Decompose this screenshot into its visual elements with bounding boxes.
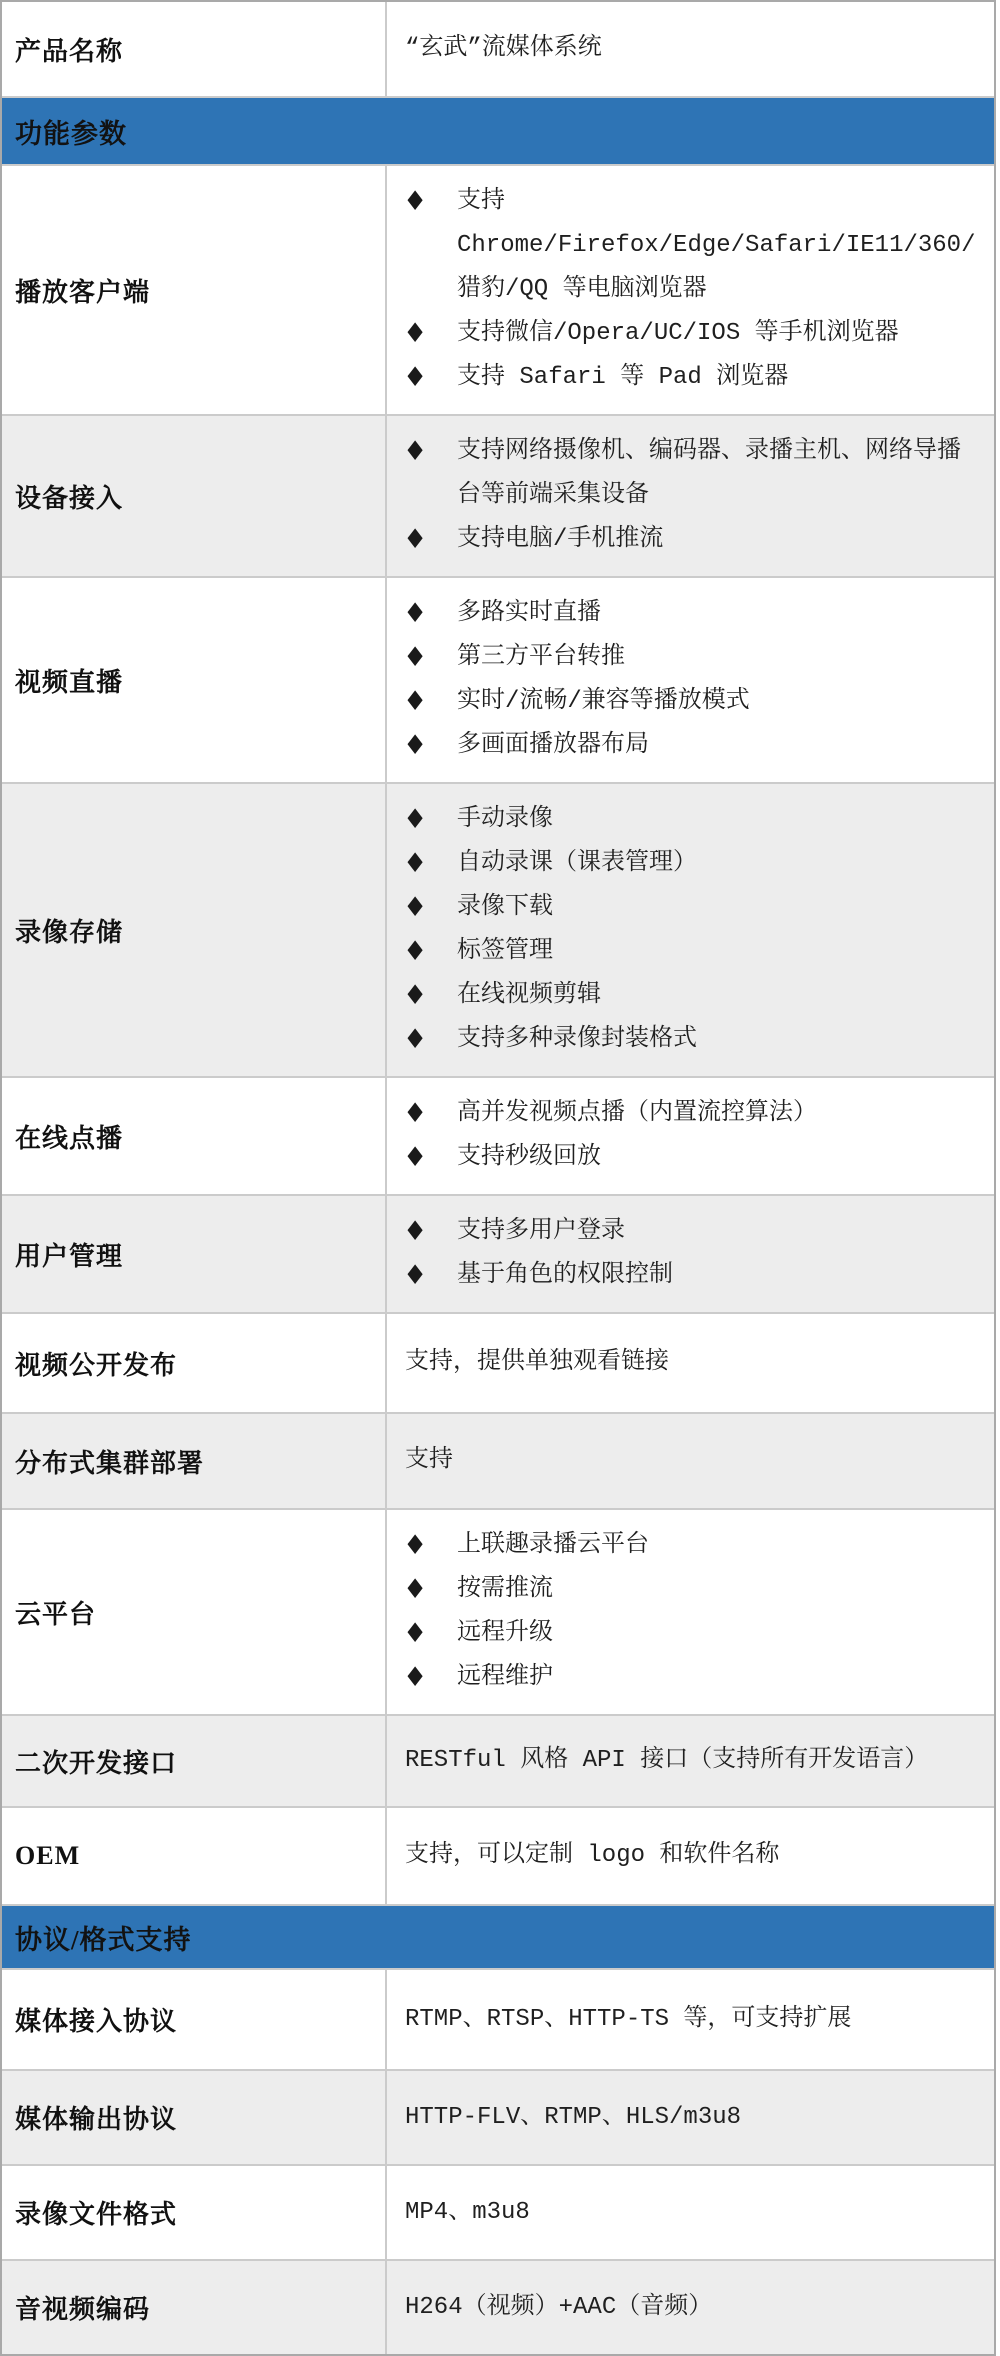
list-item: ♦支持秒级回放: [387, 1136, 817, 1180]
feature-list: ♦手动录像 ♦自动录课（课表管理） ♦录像下载 ♦标签管理 ♦在线视频剪辑 ♦支…: [387, 798, 697, 1062]
list-item: ♦支持多种录像封装格式: [387, 1018, 697, 1062]
list-item-text: 支持 Chrome/Firefox/Edge/Safari/IE11/360/猎…: [457, 188, 975, 303]
spec-value-list: ♦手动录像 ♦自动录课（课表管理） ♦录像下载 ♦标签管理 ♦在线视频剪辑 ♦支…: [385, 784, 994, 1076]
list-item-text: 第三方平台转推: [457, 644, 625, 671]
spec-value: HTTP-FLV、RTMP、HLS/m3u8: [385, 2071, 994, 2164]
list-item-text: 远程维护: [457, 1664, 553, 1691]
list-item-text: 手动录像: [457, 806, 553, 833]
list-item: ♦上联趣录播云平台: [387, 1524, 649, 1568]
list-item: ♦高并发视频点播（内置流控算法）: [387, 1092, 817, 1136]
feature-list: ♦支持多用户登录 ♦基于角色的权限控制: [387, 1210, 673, 1298]
spec-label: 分布式集群部署: [2, 1414, 385, 1508]
feature-list: ♦支持 Chrome/Firefox/Edge/Safari/IE11/360/…: [387, 180, 980, 400]
diamond-bullet-icon: ♦: [403, 430, 427, 474]
row-media-output-protocol: 媒体输出协议 HTTP-FLV、RTMP、HLS/m3u8: [2, 2069, 994, 2164]
diamond-bullet-icon: ♦: [403, 1656, 427, 1700]
list-item-text: 支持网络摄像机、编码器、录播主机、网络导播台等前端采集设备: [457, 438, 961, 509]
list-item: ♦自动录课（课表管理）: [387, 842, 697, 886]
spec-value-list: ♦支持 Chrome/Firefox/Edge/Safari/IE11/360/…: [385, 166, 994, 414]
spec-value: RTMP、RTSP、HTTP-TS 等，可支持扩展: [385, 1970, 994, 2069]
spec-value-list: ♦高并发视频点播（内置流控算法） ♦支持秒级回放: [385, 1078, 994, 1194]
list-item: ♦支持电脑/手机推流: [387, 518, 980, 562]
spec-label: 二次开发接口: [2, 1716, 385, 1806]
row-av-codec: 音视频编码 H264（视频）+AAC（音频）: [2, 2259, 994, 2354]
row-oem: OEM 支持，可以定制 logo 和软件名称: [2, 1806, 994, 1904]
row-feature-params-header: 功能参数: [2, 96, 994, 164]
list-item: ♦远程升级: [387, 1612, 649, 1656]
list-item: ♦标签管理: [387, 930, 697, 974]
list-item-text: 上联趣录播云平台: [457, 1532, 649, 1559]
list-item-text: 基于角色的权限控制: [457, 1262, 673, 1289]
spec-label: 视频直播: [2, 578, 385, 782]
row-device-access: 设备接入 ♦支持网络摄像机、编码器、录播主机、网络导播台等前端采集设备 ♦支持电…: [2, 414, 994, 576]
diamond-bullet-icon: ♦: [403, 886, 427, 930]
row-play-client: 播放客户端 ♦支持 Chrome/Firefox/Edge/Safari/IE1…: [2, 164, 994, 414]
diamond-bullet-icon: ♦: [403, 1524, 427, 1568]
row-api: 二次开发接口 RESTful 风格 API 接口（支持所有开发语言）: [2, 1714, 994, 1806]
list-item-text: 远程升级: [457, 1620, 553, 1647]
spec-label: 录像存储: [2, 784, 385, 1076]
diamond-bullet-icon: ♦: [403, 1254, 427, 1298]
row-cloud-platform: 云平台 ♦上联趣录播云平台 ♦按需推流 ♦远程升级 ♦远程维护: [2, 1508, 994, 1714]
row-protocol-header: 协议/格式支持: [2, 1904, 994, 1968]
spec-value-list: ♦支持多用户登录 ♦基于角色的权限控制: [385, 1196, 994, 1312]
diamond-bullet-icon: ♦: [403, 518, 427, 562]
list-item: ♦手动录像: [387, 798, 697, 842]
list-item-text: 支持 Safari 等 Pad 浏览器: [457, 364, 788, 391]
spec-value-list: ♦多路实时直播 ♦第三方平台转推 ♦实时/流畅/兼容等播放模式 ♦多画面播放器布…: [385, 578, 994, 782]
row-product-name: 产品名称 “玄武”流媒体系统: [2, 2, 994, 96]
list-item: ♦多画面播放器布局: [387, 724, 750, 768]
diamond-bullet-icon: ♦: [403, 930, 427, 974]
list-item-text: 支持微信/Opera/UC/IOS 等手机浏览器: [457, 320, 899, 347]
list-item-text: 支持多种录像封装格式: [457, 1026, 697, 1053]
row-public-publish: 视频公开发布 支持，提供单独观看链接: [2, 1312, 994, 1412]
spec-label: 云平台: [2, 1510, 385, 1714]
list-item-text: 多画面播放器布局: [457, 732, 649, 759]
list-item-text: 实时/流畅/兼容等播放模式: [457, 688, 750, 715]
diamond-bullet-icon: ♦: [403, 1136, 427, 1180]
list-item: ♦基于角色的权限控制: [387, 1254, 673, 1298]
spec-label: 用户管理: [2, 1196, 385, 1312]
spec-label: 媒体输出协议: [2, 2071, 385, 2164]
section-title: 协议/格式支持: [15, 1918, 192, 1957]
diamond-bullet-icon: ♦: [403, 724, 427, 768]
diamond-bullet-icon: ♦: [403, 1092, 427, 1136]
diamond-bullet-icon: ♦: [403, 356, 427, 400]
list-item: ♦在线视频剪辑: [387, 974, 697, 1018]
spec-label: 录像文件格式: [2, 2166, 385, 2259]
list-item: ♦支持微信/Opera/UC/IOS 等手机浏览器: [387, 312, 980, 356]
row-media-input-protocol: 媒体接入协议 RTMP、RTSP、HTTP-TS 等，可支持扩展: [2, 1968, 994, 2069]
diamond-bullet-icon: ♦: [403, 842, 427, 886]
list-item-text: 录像下载: [457, 894, 553, 921]
row-user-management: 用户管理 ♦支持多用户登录 ♦基于角色的权限控制: [2, 1194, 994, 1312]
row-cluster-deploy: 分布式集群部署 支持: [2, 1412, 994, 1508]
spec-value-list: ♦上联趣录播云平台 ♦按需推流 ♦远程升级 ♦远程维护: [385, 1510, 994, 1714]
diamond-bullet-icon: ♦: [403, 1612, 427, 1656]
list-item: ♦支持 Safari 等 Pad 浏览器: [387, 356, 980, 400]
row-recording-storage: 录像存储 ♦手动录像 ♦自动录课（课表管理） ♦录像下载 ♦标签管理 ♦在线视频…: [2, 782, 994, 1076]
section-title: 功能参数: [15, 112, 127, 151]
feature-list: ♦多路实时直播 ♦第三方平台转推 ♦实时/流畅/兼容等播放模式 ♦多画面播放器布…: [387, 592, 750, 768]
product-spec-table: 产品名称 “玄武”流媒体系统 功能参数 播放客户端 ♦支持 Chrome/Fir…: [0, 0, 996, 2356]
list-item-text: 按需推流: [457, 1576, 553, 1603]
spec-label: OEM: [2, 1808, 385, 1904]
list-item: ♦支持 Chrome/Firefox/Edge/Safari/IE11/360/…: [387, 180, 980, 312]
feature-list: ♦上联趣录播云平台 ♦按需推流 ♦远程升级 ♦远程维护: [387, 1524, 649, 1700]
list-item: ♦远程维护: [387, 1656, 649, 1700]
diamond-bullet-icon: ♦: [403, 592, 427, 636]
row-recording-file-format: 录像文件格式 MP4、m3u8: [2, 2164, 994, 2259]
feature-list: ♦支持网络摄像机、编码器、录播主机、网络导播台等前端采集设备 ♦支持电脑/手机推…: [387, 430, 980, 562]
spec-label: 在线点播: [2, 1078, 385, 1194]
spec-label: 视频公开发布: [2, 1314, 385, 1412]
spec-value: RESTful 风格 API 接口（支持所有开发语言）: [385, 1716, 994, 1806]
list-item-text: 自动录课（课表管理）: [457, 850, 697, 877]
list-item-text: 支持电脑/手机推流: [457, 526, 663, 553]
spec-value: “玄武”流媒体系统: [385, 2, 994, 96]
row-vod: 在线点播 ♦高并发视频点播（内置流控算法） ♦支持秒级回放: [2, 1076, 994, 1194]
diamond-bullet-icon: ♦: [403, 1210, 427, 1254]
list-item: ♦多路实时直播: [387, 592, 750, 636]
diamond-bullet-icon: ♦: [403, 680, 427, 724]
list-item-text: 在线视频剪辑: [457, 982, 601, 1009]
spec-value-list: ♦支持网络摄像机、编码器、录播主机、网络导播台等前端采集设备 ♦支持电脑/手机推…: [385, 416, 994, 576]
diamond-bullet-icon: ♦: [403, 798, 427, 842]
list-item: ♦第三方平台转推: [387, 636, 750, 680]
list-item: ♦支持网络摄像机、编码器、录播主机、网络导播台等前端采集设备: [387, 430, 980, 518]
list-item-text: 支持多用户登录: [457, 1218, 625, 1245]
spec-label: 播放客户端: [2, 166, 385, 414]
spec-label: 设备接入: [2, 416, 385, 576]
spec-label: 产品名称: [2, 2, 385, 96]
spec-value: H264（视频）+AAC（音频）: [385, 2261, 994, 2354]
list-item: ♦录像下载: [387, 886, 697, 930]
diamond-bullet-icon: ♦: [403, 1568, 427, 1612]
spec-label: 媒体接入协议: [2, 1970, 385, 2069]
list-item-text: 多路实时直播: [457, 600, 601, 627]
feature-list: ♦高并发视频点播（内置流控算法） ♦支持秒级回放: [387, 1092, 817, 1180]
spec-value: 支持: [385, 1414, 994, 1508]
diamond-bullet-icon: ♦: [403, 974, 427, 1018]
spec-label: 音视频编码: [2, 2261, 385, 2354]
list-item-text: 标签管理: [457, 938, 553, 965]
list-item: ♦支持多用户登录: [387, 1210, 673, 1254]
diamond-bullet-icon: ♦: [403, 636, 427, 680]
diamond-bullet-icon: ♦: [403, 180, 427, 224]
diamond-bullet-icon: ♦: [403, 1018, 427, 1062]
spec-value: MP4、m3u8: [385, 2166, 994, 2259]
list-item-text: 支持秒级回放: [457, 1144, 601, 1171]
spec-value: 支持，可以定制 logo 和软件名称: [385, 1808, 994, 1904]
list-item: ♦实时/流畅/兼容等播放模式: [387, 680, 750, 724]
row-live-video: 视频直播 ♦多路实时直播 ♦第三方平台转推 ♦实时/流畅/兼容等播放模式 ♦多画…: [2, 576, 994, 782]
list-item: ♦按需推流: [387, 1568, 649, 1612]
list-item-text: 高并发视频点播（内置流控算法）: [457, 1100, 817, 1127]
document-page: 产品名称 “玄武”流媒体系统 功能参数 播放客户端 ♦支持 Chrome/Fir…: [0, 0, 1000, 2206]
spec-value: 支持，提供单独观看链接: [385, 1314, 994, 1412]
diamond-bullet-icon: ♦: [403, 312, 427, 356]
